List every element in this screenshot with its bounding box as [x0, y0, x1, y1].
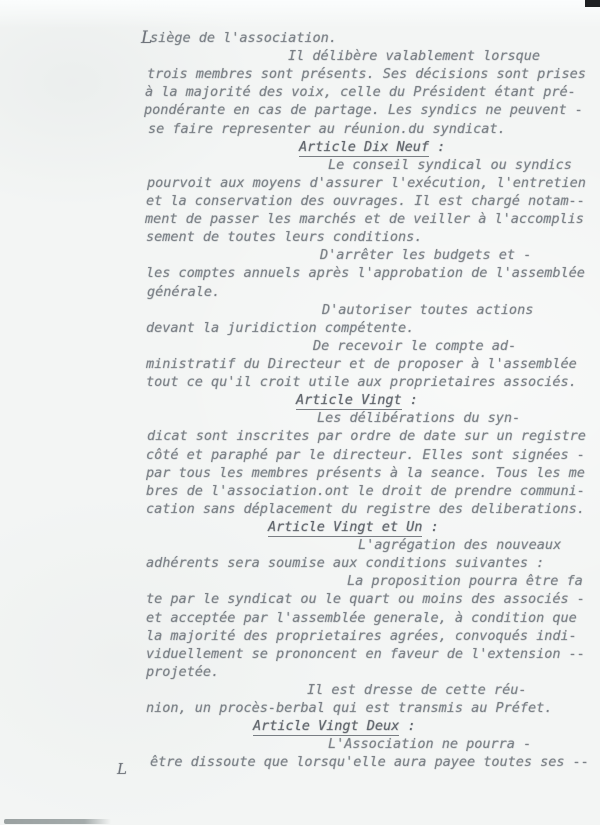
document-line: pondérante en cas de partage. Les syndic…: [144, 101, 600, 119]
document-line: D'arrêter les budgets et -: [320, 246, 600, 264]
article-heading: Article Vingt et Un :: [268, 518, 600, 536]
document-line: et la conservation des ouvrages. Il est …: [146, 192, 600, 210]
document-line: bres de l'association.ont le droit de pr…: [146, 482, 600, 500]
document-line: Les délibérations du syn-: [317, 409, 600, 427]
document-line: siège de l'association.: [150, 29, 600, 47]
document-line: et acceptée par l'assemblée generale, à …: [146, 609, 600, 627]
article-heading: Article Dix Neuf :: [299, 138, 600, 156]
document-line: L'agrégation des nouveaux: [358, 536, 600, 554]
document-line: adhérents sera soumise aux conditions su…: [146, 554, 600, 572]
document-line: Le conseil syndical ou syndics: [328, 156, 600, 174]
document-line: te par le syndicat ou le quart ou moins …: [146, 590, 600, 608]
document-line: D'autoriser toutes actions: [322, 301, 600, 319]
article-heading-underlined-text: Article Vingt et Un: [268, 519, 422, 537]
document-line: tout ce qu'il croit utile aux proprietai…: [146, 373, 600, 391]
document-line: Il délibère valablement lorsque: [288, 47, 600, 65]
document-line: les comptes annuels après l'approbation …: [146, 264, 600, 282]
scanned-document-page: L siège de l'association.Il délibère val…: [0, 0, 600, 825]
document-line: pourvoit aux moyens d'assurer l'exécutio…: [147, 174, 600, 192]
document-line: générale.: [147, 283, 600, 301]
document-line: projetée.: [146, 663, 600, 681]
document-line: viduellement se prononcent en faveur de …: [146, 645, 600, 663]
document-line: la majorité des proprietaires agrées, co…: [146, 627, 600, 645]
document-line: par tous les membres présents à la seanc…: [146, 464, 600, 482]
article-heading-underlined-text: Article Dix Neuf: [299, 139, 429, 157]
document-line: cation sans déplacement du registre des …: [146, 500, 600, 518]
document-line: devant la juridiction compétente.: [146, 319, 600, 337]
document-text: siège de l'association.Il délibère valab…: [0, 29, 600, 771]
document-line: La proposition pourra être fa: [347, 572, 600, 590]
document-line: être dissoute que lorsqu'elle aura payee…: [150, 753, 600, 771]
article-heading: Article Vingt :: [296, 391, 600, 409]
document-line: côté et paraphé par le directeur. Elles …: [146, 446, 600, 464]
document-line: trois membres sont présents. Ses décisio…: [147, 65, 600, 83]
scan-shadow-artifact: [4, 819, 111, 824]
document-line: ment de passer les marchés et de veiller…: [145, 210, 600, 228]
document-line: ministratif du Directeur et de proposer …: [146, 355, 600, 373]
article-heading-underlined-text: Article Vingt: [296, 392, 402, 410]
document-line: De recevoir le compte ad-: [313, 337, 600, 355]
corner-mark-bottom-icon: L: [117, 760, 127, 778]
document-line: à la majorité des voix, celle du Préside…: [145, 83, 600, 101]
document-line: se faire representer au réunion.du syndi…: [148, 120, 600, 138]
document-line: Il est dresse de cette réu-: [307, 681, 600, 699]
document-line: nion, un procès-berbal qui est transmis …: [146, 699, 600, 717]
document-line: sement de toutes leurs conditions.: [146, 228, 600, 246]
scan-edge-artifact: [585, 0, 600, 7]
document-line: dicat sont inscrites par ordre de date s…: [147, 427, 600, 445]
article-heading-underlined-text: Article Vingt Deux: [253, 718, 399, 736]
document-line: L'Association ne pourra -: [328, 735, 600, 753]
article-heading: Article Vingt Deux :: [253, 717, 600, 735]
